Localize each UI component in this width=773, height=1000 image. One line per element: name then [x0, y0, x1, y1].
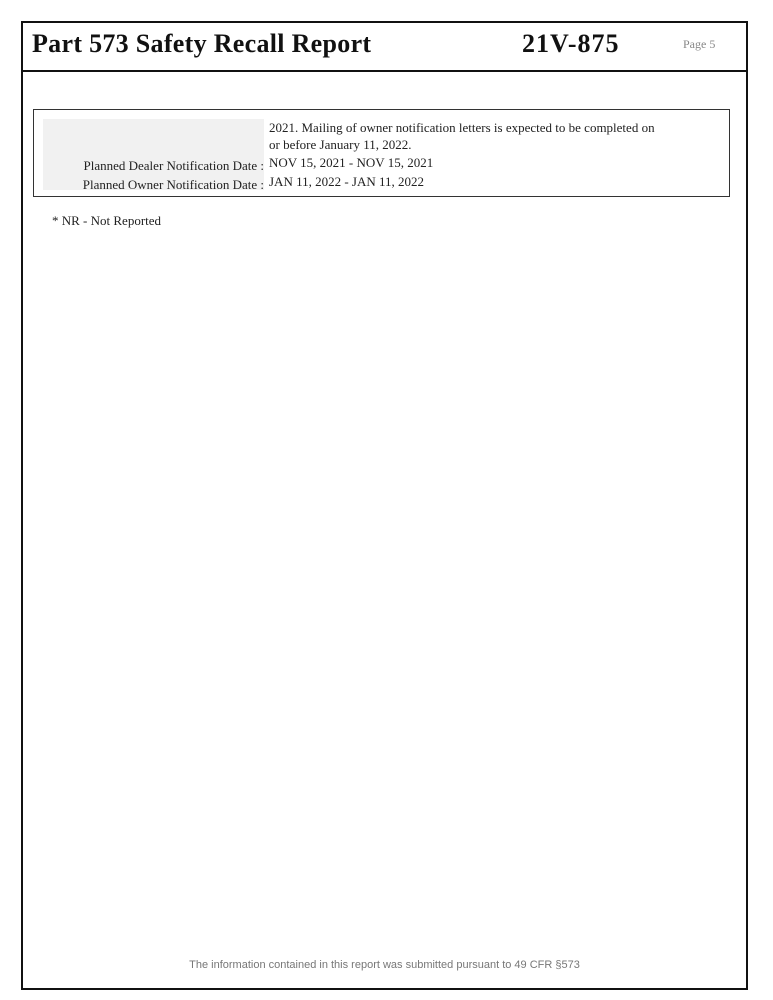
recall-id: 21V-875 [522, 29, 620, 59]
page-number: Page 5 [683, 37, 715, 52]
report-header: Part 573 Safety Recall Report 21V-875 Pa… [23, 23, 746, 72]
label-column: Planned Dealer Notification Date : Plann… [43, 119, 264, 190]
report-title: Part 573 Safety Recall Report [32, 29, 371, 59]
owner-notification-label: Planned Owner Notification Date : [83, 176, 264, 193]
dealer-notification-label: Planned Dealer Notification Date : [84, 157, 265, 174]
footer-text: The information contained in this report… [23, 959, 746, 971]
report-page: Part 573 Safety Recall Report 21V-875 Pa… [21, 21, 748, 990]
footnote: * NR - Not Reported [52, 213, 161, 229]
notification-info-box: Planned Dealer Notification Date : Plann… [33, 109, 730, 197]
continued-text-line-1: 2021. Mailing of owner notification lett… [269, 119, 655, 136]
dealer-notification-value: NOV 15, 2021 - NOV 15, 2021 [269, 154, 433, 171]
owner-notification-value: JAN 11, 2022 - JAN 11, 2022 [269, 173, 424, 190]
continued-text-line-2: or before January 11, 2022. [269, 136, 411, 153]
